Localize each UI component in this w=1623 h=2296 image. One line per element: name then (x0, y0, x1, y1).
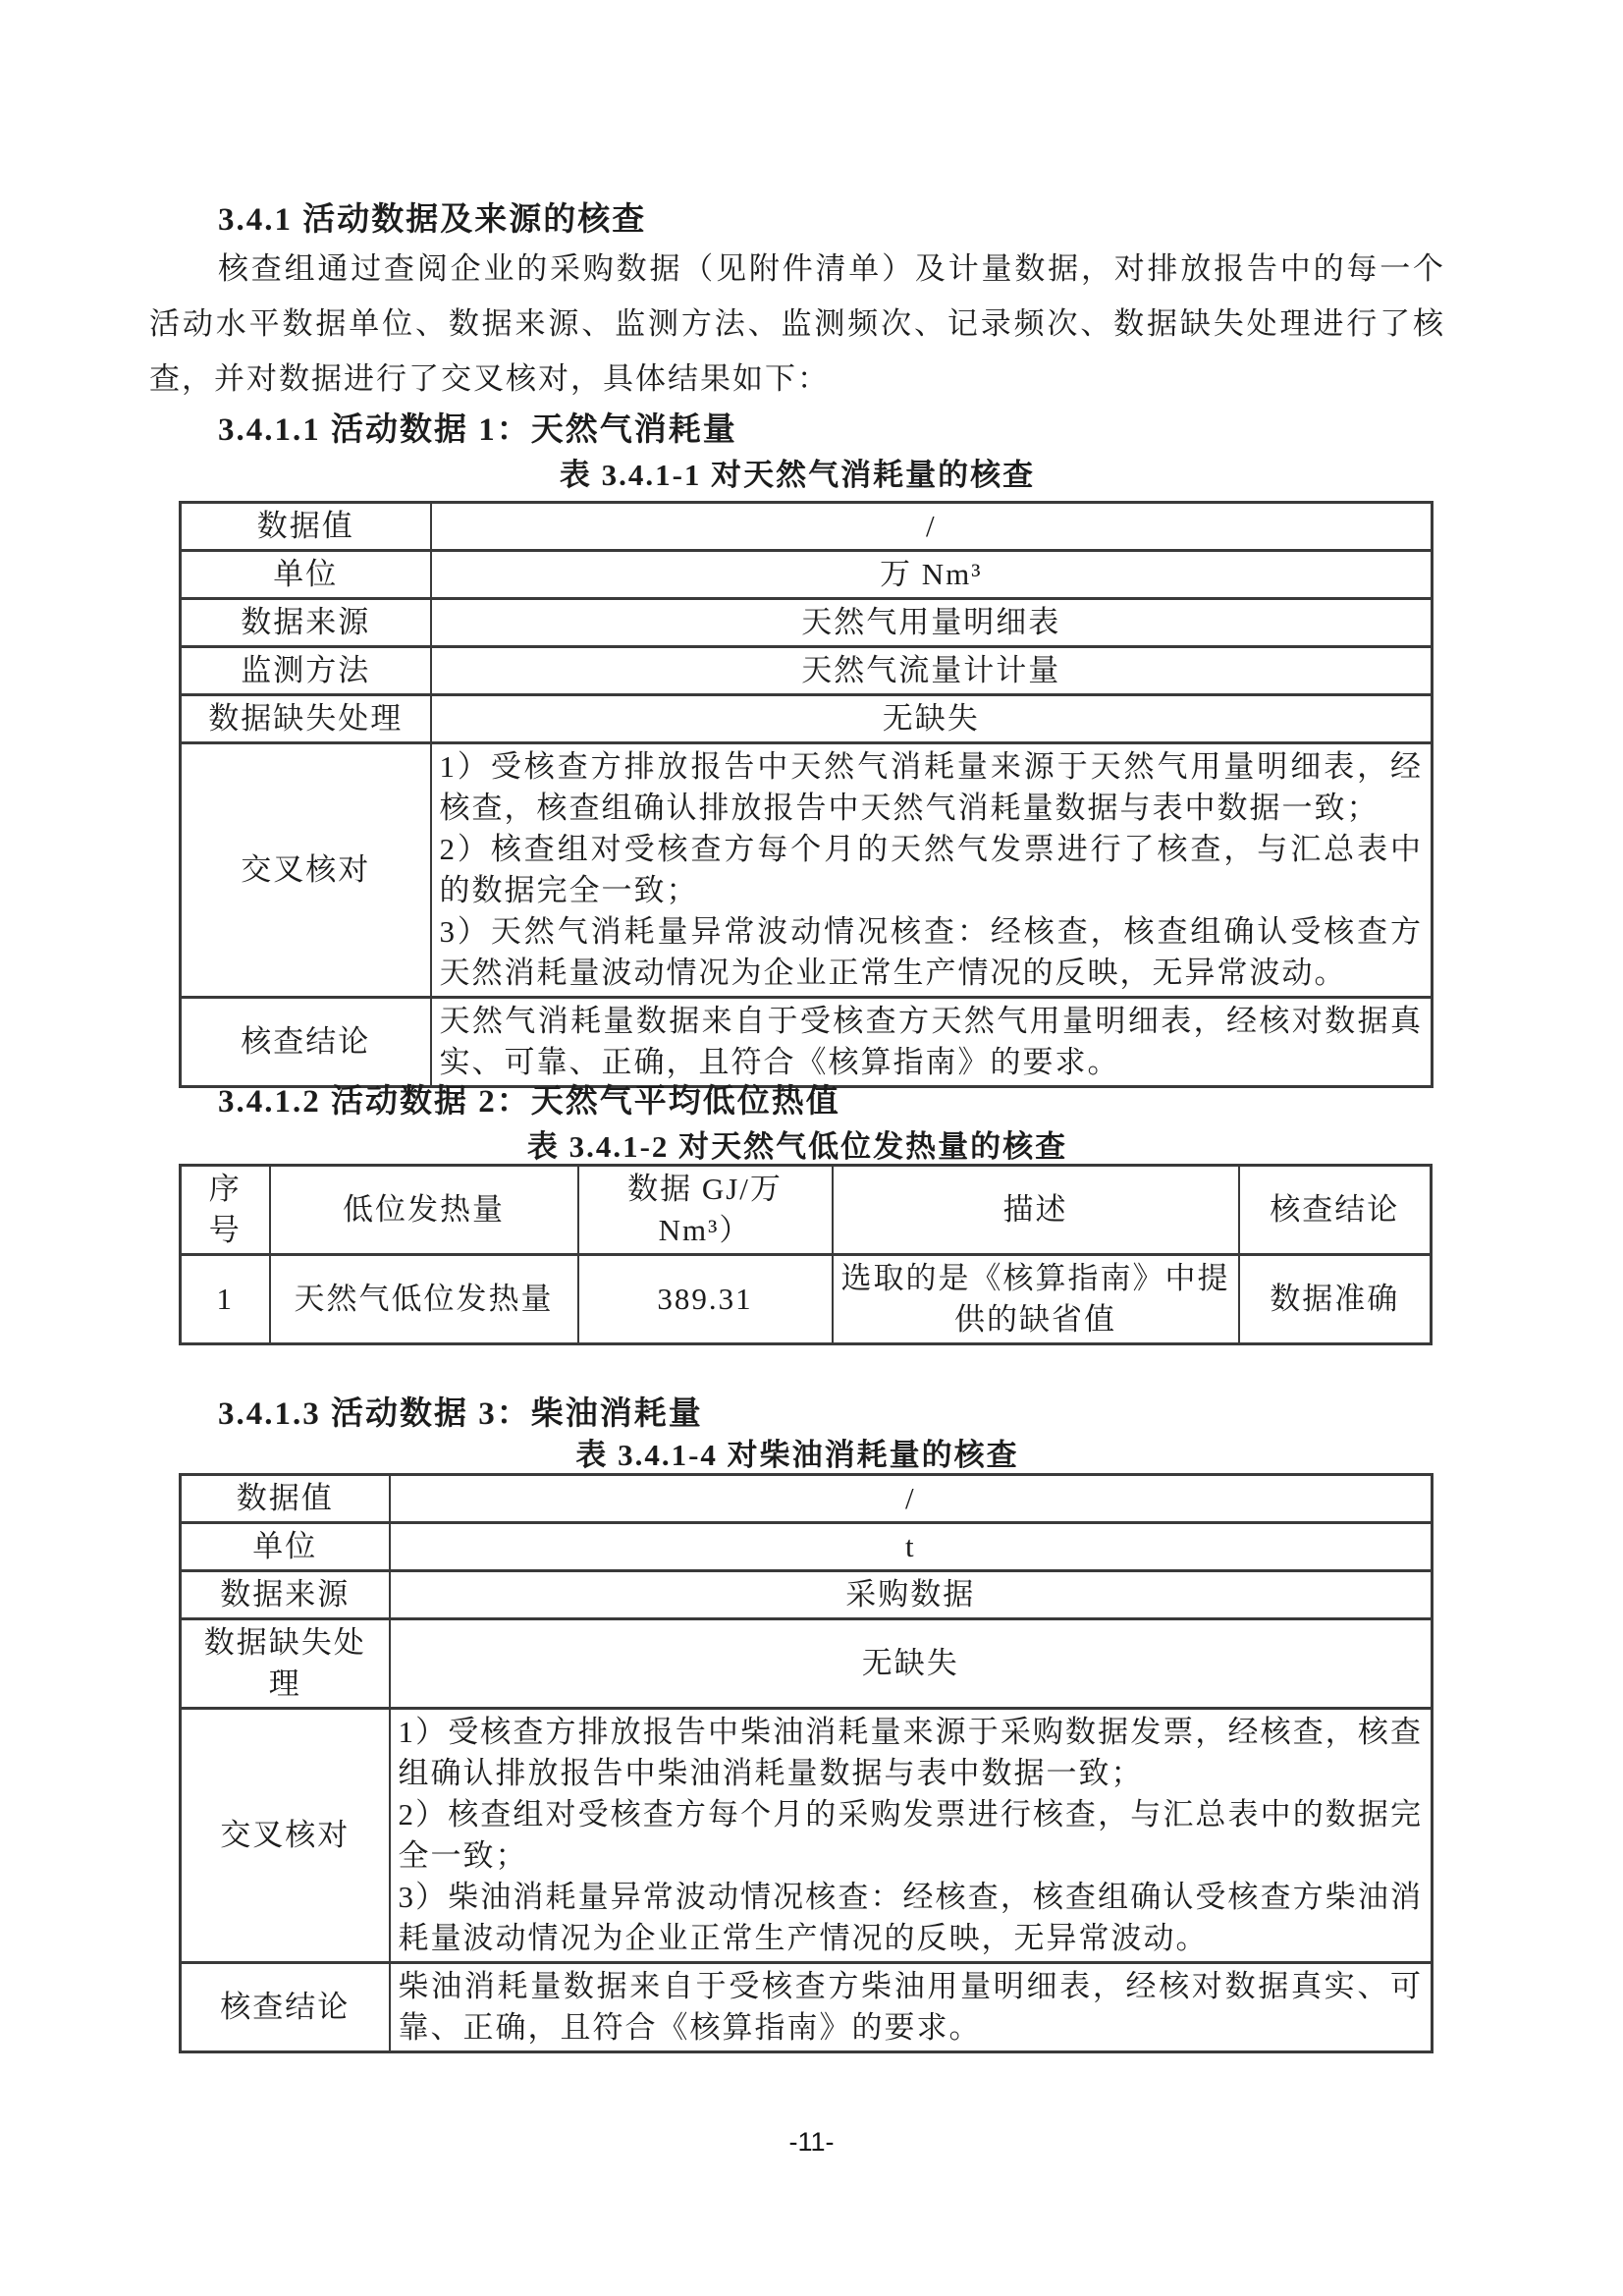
cross-check-items: 1）受核查方排放报告中天然气消耗量来源于天然气用量明细表，经核查，核查组确认排放… (431, 743, 1433, 998)
table-row: 数据来源 采购数据 (181, 1571, 1433, 1619)
table-row: 单位 t (181, 1523, 1433, 1571)
intro-paragraph: 核查组通过查阅企业的采购数据（见附件清单）及计量数据，对排放报告中的每一个活动水… (149, 242, 1445, 407)
column-header-conclusion: 核查结论 (1239, 1166, 1432, 1255)
row-value: 天然气用量明细表 (431, 599, 1433, 647)
table-row-cross-check: 交叉核对 1）受核查方排放报告中柴油消耗量来源于采购数据发票，经核查，核查组确认… (181, 1709, 1433, 1963)
row-label: 数据值 (181, 1475, 390, 1523)
row-value: 万 Nm³ (431, 551, 1433, 599)
cell-sn: 1 (181, 1255, 270, 1344)
cell-ncv: 天然气低位发热量 (270, 1255, 578, 1344)
table-row-conclusion: 核查结论 柴油消耗量数据来自于受核查方柴油用量明细表，经核对数据真实、可靠、正确… (181, 1963, 1433, 2052)
column-header-ncv: 低位发热量 (270, 1166, 578, 1255)
table-row: 数据值 / (181, 503, 1433, 551)
table-caption-3-4-1-2: 表 3.4.1-2 对天然气低位发热量的核查 (149, 1127, 1445, 1167)
row-label: 数据来源 (181, 1571, 390, 1619)
row-value: / (390, 1475, 1433, 1523)
table-row: 监测方法 天然气流量计计量 (181, 647, 1433, 695)
document-page: { "colors": { "text": "#1c1c1c", "border… (0, 0, 1623, 2296)
heading-3-4-1: 3.4.1 活动数据及来源的核查 (149, 198, 1465, 242)
row-value: 无缺失 (390, 1619, 1433, 1709)
row-label: 数据值 (181, 503, 431, 551)
row-label: 核查结论 (181, 998, 431, 1087)
table-row: 单位 万 Nm³ (181, 551, 1433, 599)
table-row: 数据值 / (181, 1475, 1433, 1523)
row-label: 数据缺失处理 (181, 695, 431, 743)
row-label: 交叉核对 (181, 743, 431, 998)
row-label: 单位 (181, 551, 431, 599)
table-diesel-consumption: 数据值 / 单位 t 数据来源 采购数据 数据缺失处理 无缺失 交叉核对 1）受… (179, 1473, 1434, 2053)
heading-3-4-1-2: 3.4.1.2 活动数据 2：天然气平均低位热值 (149, 1080, 1465, 1123)
row-label: 核查结论 (181, 1963, 390, 2052)
row-label: 单位 (181, 1523, 390, 1571)
table-row: 1 天然气低位发热量 389.31 选取的是《核算指南》中提供的缺省值 数据准确 (181, 1255, 1432, 1344)
row-label: 交叉核对 (181, 1709, 390, 1963)
heading-3-4-1-1: 3.4.1.1 活动数据 1：天然气消耗量 (149, 409, 1465, 452)
row-value: 天然气流量计计量 (431, 647, 1433, 695)
heading-3-4-1-3: 3.4.1.3 活动数据 3：柴油消耗量 (149, 1393, 1465, 1436)
table-row: 数据缺失处理 无缺失 (181, 695, 1433, 743)
table-header-row: 序 号 低位发热量 数据 GJ/万 Nm³） 描述 核查结论 (181, 1166, 1432, 1255)
row-value: / (431, 503, 1433, 551)
conclusion-text: 天然气消耗量数据来自于受核查方天然气用量明细表，经核对数据真实、可靠、正确，且符… (431, 998, 1433, 1087)
table-caption-3-4-1-4: 表 3.4.1-4 对柴油消耗量的核查 (149, 1436, 1445, 1475)
row-value: 采购数据 (390, 1571, 1433, 1619)
column-header-desc: 描述 (833, 1166, 1239, 1255)
cell-conclusion: 数据准确 (1239, 1255, 1432, 1344)
column-header-data: 数据 GJ/万 Nm³） (578, 1166, 833, 1255)
table-row-cross-check: 交叉核对 1）受核查方排放报告中天然气消耗量来源于天然气用量明细表，经核查，核查… (181, 743, 1433, 998)
table-natural-gas-consumption: 数据值 / 单位 万 Nm³ 数据来源 天然气用量明细表 监测方法 天然气流量计… (179, 501, 1434, 1088)
cell-desc: 选取的是《核算指南》中提供的缺省值 (833, 1255, 1239, 1344)
row-value: t (390, 1523, 1433, 1571)
page-number: -11- (0, 2127, 1623, 2158)
row-value: 无缺失 (431, 695, 1433, 743)
row-label: 监测方法 (181, 647, 431, 695)
table-row: 数据来源 天然气用量明细表 (181, 599, 1433, 647)
row-label: 数据来源 (181, 599, 431, 647)
table-caption-3-4-1-1: 表 3.4.1-1 对天然气消耗量的核查 (149, 456, 1445, 495)
table-row-conclusion: 核查结论 天然气消耗量数据来自于受核查方天然气用量明细表，经核对数据真实、可靠、… (181, 998, 1433, 1087)
conclusion-text: 柴油消耗量数据来自于受核查方柴油用量明细表，经核对数据真实、可靠、正确，且符合《… (390, 1963, 1433, 2052)
column-header-sn: 序 号 (181, 1166, 270, 1255)
table-calorific-value: 序 号 低位发热量 数据 GJ/万 Nm³） 描述 核查结论 1 天然气低位发热… (179, 1164, 1433, 1345)
cross-check-items: 1）受核查方排放报告中柴油消耗量来源于采购数据发票，经核查，核查组确认排放报告中… (390, 1709, 1433, 1963)
cell-data: 389.31 (578, 1255, 833, 1344)
table-row: 数据缺失处理 无缺失 (181, 1619, 1433, 1709)
row-label: 数据缺失处理 (181, 1619, 390, 1709)
